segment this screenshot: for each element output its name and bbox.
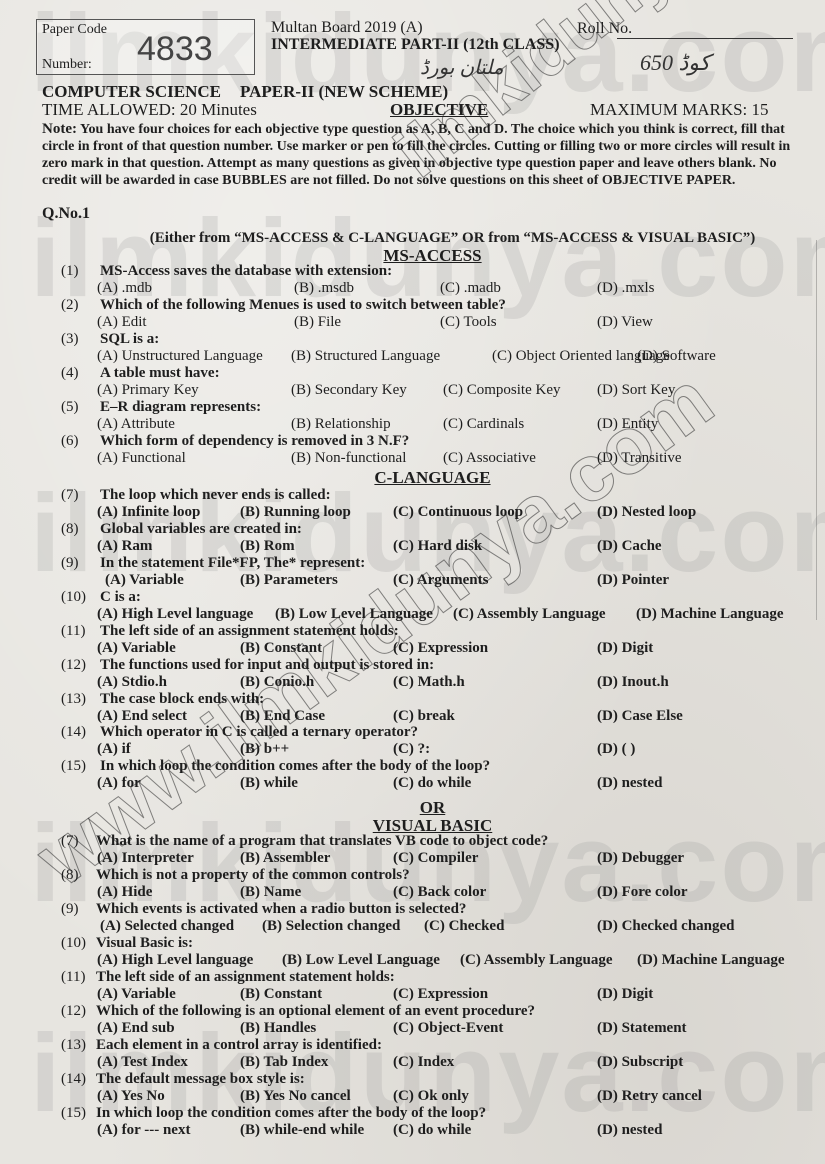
question-stem: A table must have:: [100, 365, 220, 382]
question-number: (3): [61, 331, 79, 348]
time-allowed: TIME ALLOWED: 20 Minutes: [42, 100, 257, 120]
question-stem: The left side of an assignment statement…: [96, 969, 395, 986]
answer-option-c: (C) Assembly Language: [453, 606, 606, 623]
answer-option-a: (A) Test Index: [97, 1054, 188, 1071]
answer-option-c: (C) Expression: [393, 640, 488, 657]
question-stem: In which loop the condition comes after …: [100, 758, 490, 775]
question-number: (12): [61, 657, 86, 674]
answer-option-c: (C) ?:: [393, 741, 430, 758]
question-stem: Which form of dependency is removed in 3…: [100, 433, 409, 450]
answer-option-b: (B) Non-functional: [291, 450, 406, 467]
number-label: Number:: [42, 57, 92, 73]
answer-option-b: (B) Constant: [240, 640, 322, 657]
answer-option-a: (A) High Level language: [97, 606, 253, 623]
board-name: Multan Board 2019 (A): [271, 19, 423, 37]
answer-option-c: (C) Back color: [393, 884, 486, 901]
question-number: (7): [61, 487, 79, 504]
section-heading: C-LANGUAGE: [0, 468, 825, 488]
question-number: (1): [61, 263, 79, 280]
handwritten-note: کوڈ 650: [640, 50, 710, 76]
or-label: OR: [380, 798, 446, 817]
answer-option-d: (D) Debugger: [597, 850, 684, 867]
question-number: (8): [61, 521, 79, 538]
answer-option-a: (A) Functional: [97, 450, 186, 467]
answer-option-d: (D) Entity: [597, 416, 658, 433]
answer-option-a: (A) Hide: [97, 884, 152, 901]
question-stem: Global variables are created in:: [100, 521, 302, 538]
question-number: (12): [61, 1003, 86, 1020]
maximum-marks: MAXIMUM MARKS: 15: [590, 100, 769, 120]
answer-option-c: (C) Checked: [424, 918, 504, 935]
answer-option-d: (D) ( ): [597, 741, 635, 758]
answer-option-a: (A) if: [97, 741, 131, 758]
answer-option-d: (D) Statement: [597, 1020, 687, 1037]
paper-code-number: 4833: [137, 30, 213, 69]
answer-option-d: (D) Checked changed: [597, 918, 735, 935]
answer-option-a: (A) High Level language: [97, 952, 253, 969]
answer-option-d: (D) nested: [597, 775, 662, 792]
question-number: (13): [61, 1037, 86, 1054]
answer-option-b: (B) File: [294, 314, 341, 331]
answer-option-c: (C) Arguments: [393, 572, 488, 589]
answer-option-a: (A) Variable: [97, 986, 176, 1003]
answer-option-d: (D) Digit: [597, 986, 653, 1003]
answer-option-a: (A) Stdio.h: [97, 674, 167, 691]
question-stem: Which operator in C is called a ternary …: [100, 724, 418, 741]
question-number: (11): [61, 623, 85, 640]
answer-option-b: (B) .msdb: [294, 280, 354, 297]
answer-option-a: (A) .mdb: [97, 280, 152, 297]
answer-option-b: (B) Handles: [240, 1020, 316, 1037]
answer-option-a: (A) Edit: [97, 314, 147, 331]
answer-option-a: (A) Attribute: [97, 416, 175, 433]
answer-option-d: (D) Sort Key: [597, 382, 675, 399]
answer-option-c: (C) Hard disk: [393, 538, 482, 555]
answer-option-b: (B) Constant: [240, 986, 322, 1003]
question-number: (10): [61, 589, 86, 606]
question-number: (4): [61, 365, 79, 382]
answer-option-a: (A) End sub: [97, 1020, 175, 1037]
answer-option-b: (B) Structured Language: [291, 348, 440, 365]
question-number: (15): [61, 758, 86, 775]
question-number: (6): [61, 433, 79, 450]
answer-option-c: (C) Ok only: [393, 1088, 469, 1105]
section-title: C-LANGUAGE: [334, 468, 490, 487]
paper-title: PAPER-II (NEW SCHEME): [240, 82, 448, 102]
answer-option-c: (C) Associative: [443, 450, 536, 467]
answer-option-a: (A) End select: [97, 708, 187, 725]
answer-option-b: (B) Low Level Language: [275, 606, 433, 623]
answer-option-c: (C) Tools: [440, 314, 497, 331]
answer-option-b: (B) Assembler: [240, 850, 330, 867]
question-stem: Which events is activated when a radio b…: [96, 901, 466, 918]
roll-no-field: [617, 38, 793, 39]
answer-option-a: (A) Unstructured Language: [97, 348, 263, 365]
answer-option-b: (B) Selection changed: [262, 918, 400, 935]
answer-option-b: (B) Conio.h: [240, 674, 314, 691]
note-lead: Note:: [42, 121, 77, 137]
question-stem: In the statement File*FP, The* represent…: [100, 555, 365, 572]
answer-option-d: (D) Software: [637, 348, 716, 365]
question-number: (14): [61, 724, 86, 741]
section-choice-instruction: (Either from “MS-ACCESS & C-LANGUAGE” OR…: [0, 230, 825, 247]
question-stem: The case block ends with:: [100, 691, 264, 708]
answer-option-a: (A) Variable: [105, 572, 184, 589]
answer-option-b: (B) while-end while: [240, 1122, 364, 1139]
subject-title: COMPUTER SCIENCE: [42, 82, 221, 102]
question-stem: What is the name of a program that trans…: [96, 833, 548, 850]
question-stem: E–R diagram represents:: [100, 399, 261, 416]
answer-option-d: (D) Machine Language: [637, 952, 785, 969]
answer-option-c: (C) Cardinals: [443, 416, 524, 433]
answer-option-d: (D) Transitive: [597, 450, 682, 467]
answer-option-c: (C) Index: [393, 1054, 454, 1071]
question-number-label: Q.No.1: [42, 205, 90, 223]
question-stem: The functions used for input and output …: [100, 657, 434, 674]
answer-option-c: (C) do while: [393, 1122, 471, 1139]
answer-option-b: (B) Name: [240, 884, 301, 901]
objective-heading: OBJECTIVE: [390, 100, 488, 120]
answer-option-c: (C) do while: [393, 775, 471, 792]
answer-option-d: (D) View: [597, 314, 653, 331]
question-stem: The loop which never ends is called:: [100, 487, 331, 504]
page-edge: [816, 240, 817, 620]
question-stem: MS-Access saves the database with extens…: [100, 263, 392, 280]
paper-code-label: Paper Code: [42, 22, 107, 38]
answer-option-d: (D) .mxls: [597, 280, 655, 297]
instructions-note: Note: You have four choices for each obj…: [42, 121, 802, 189]
answer-option-b: (B) Rom: [240, 538, 295, 555]
answer-option-b: (B) Secondary Key: [291, 382, 407, 399]
answer-option-d: (D) Retry cancel: [597, 1088, 702, 1105]
question-stem: In which loop the condition comes after …: [96, 1105, 486, 1122]
question-stem: Which is not a property of the common co…: [96, 867, 410, 884]
question-stem: Each element in a control array is ident…: [96, 1037, 382, 1054]
question-number: (15): [61, 1105, 86, 1122]
answer-option-b: (B) while: [240, 775, 298, 792]
answer-option-b: (B) Running loop: [240, 504, 351, 521]
note-text: You have four choices for each objective…: [42, 122, 790, 188]
answer-option-a: (A) Infinite loop: [97, 504, 200, 521]
answer-option-c: (C) Object-Event: [393, 1020, 503, 1037]
answer-option-d: (D) Inout.h: [597, 674, 669, 691]
answer-option-a: (A) Variable: [97, 640, 176, 657]
answer-option-b: (B) Yes No cancel: [240, 1088, 351, 1105]
exam-paper: ilmkidunya.com ilmkidunya.com ilmkidunya…: [0, 0, 825, 1164]
answer-option-c: (C) Continuous loop: [393, 504, 523, 521]
question-stem: The default message box style is:: [96, 1071, 305, 1088]
question-stem: C is a:: [100, 589, 141, 606]
answer-option-a: (A) Primary Key: [97, 382, 199, 399]
roll-no-label: Roll No.: [577, 20, 632, 38]
answer-option-b: (B) Tab Index: [240, 1054, 328, 1071]
answer-option-d: (D) Machine Language: [636, 606, 784, 623]
answer-option-d: (D) Nested loop: [597, 504, 696, 521]
answer-option-c: (C) Compiler: [393, 850, 478, 867]
class-level: INTERMEDIATE PART-II (12th CLASS): [271, 36, 560, 54]
answer-option-b: (B) Relationship: [291, 416, 391, 433]
answer-option-c: (C) Math.h: [393, 674, 465, 691]
answer-option-a: (A) Interpreter: [97, 850, 194, 867]
answer-option-d: (D) Case Else: [597, 708, 683, 725]
answer-option-d: (D) Subscript: [597, 1054, 683, 1071]
answer-option-a: (A) for --- next: [97, 1122, 190, 1139]
answer-option-d: (D) Cache: [597, 538, 662, 555]
answer-option-c: (C) Composite Key: [443, 382, 561, 399]
question-stem: Which of the following Menues is used to…: [100, 297, 506, 314]
urdu-handwriting: ملتان بورڈ: [420, 55, 504, 80]
answer-option-c: (C) break: [393, 708, 455, 725]
question-number: (2): [61, 297, 79, 314]
question-stem: Which of the following is an optional el…: [96, 1003, 535, 1020]
question-stem: The left side of an assignment statement…: [100, 623, 399, 640]
answer-option-a: (A) Yes No: [97, 1088, 165, 1105]
question-number: (10): [61, 935, 86, 952]
question-number: (13): [61, 691, 86, 708]
answer-option-c: (C) Assembly Language: [460, 952, 613, 969]
question-number: (9): [61, 901, 79, 918]
answer-option-a: (A) Ram: [97, 538, 152, 555]
answer-option-a: (A) for: [97, 775, 141, 792]
paper-code-box: Paper Code Number: 4833: [36, 19, 255, 75]
answer-option-b: (B) End Case: [240, 708, 325, 725]
answer-option-b: (B) b++: [240, 741, 289, 758]
or-separator: OR: [0, 798, 825, 818]
question-number: (9): [61, 555, 79, 572]
answer-option-a: (A) Selected changed: [100, 918, 234, 935]
question-number: (14): [61, 1071, 86, 1088]
question-number: (7): [61, 833, 79, 850]
question-stem: SQL is a:: [100, 331, 159, 348]
answer-option-b: (B) Low Level Language: [282, 952, 440, 969]
question-stem: Visual Basic is:: [96, 935, 193, 952]
answer-option-c: (C) Expression: [393, 986, 488, 1003]
question-number: (11): [61, 969, 85, 986]
answer-option-d: (D) Pointer: [597, 572, 669, 589]
question-number: (8): [61, 867, 79, 884]
answer-option-d: (D) Fore color: [597, 884, 688, 901]
question-number: (5): [61, 399, 79, 416]
answer-option-d: (D) Digit: [597, 640, 653, 657]
answer-option-d: (D) nested: [597, 1122, 662, 1139]
answer-option-b: (B) Parameters: [240, 572, 338, 589]
answer-option-c: (C) .madb: [440, 280, 501, 297]
